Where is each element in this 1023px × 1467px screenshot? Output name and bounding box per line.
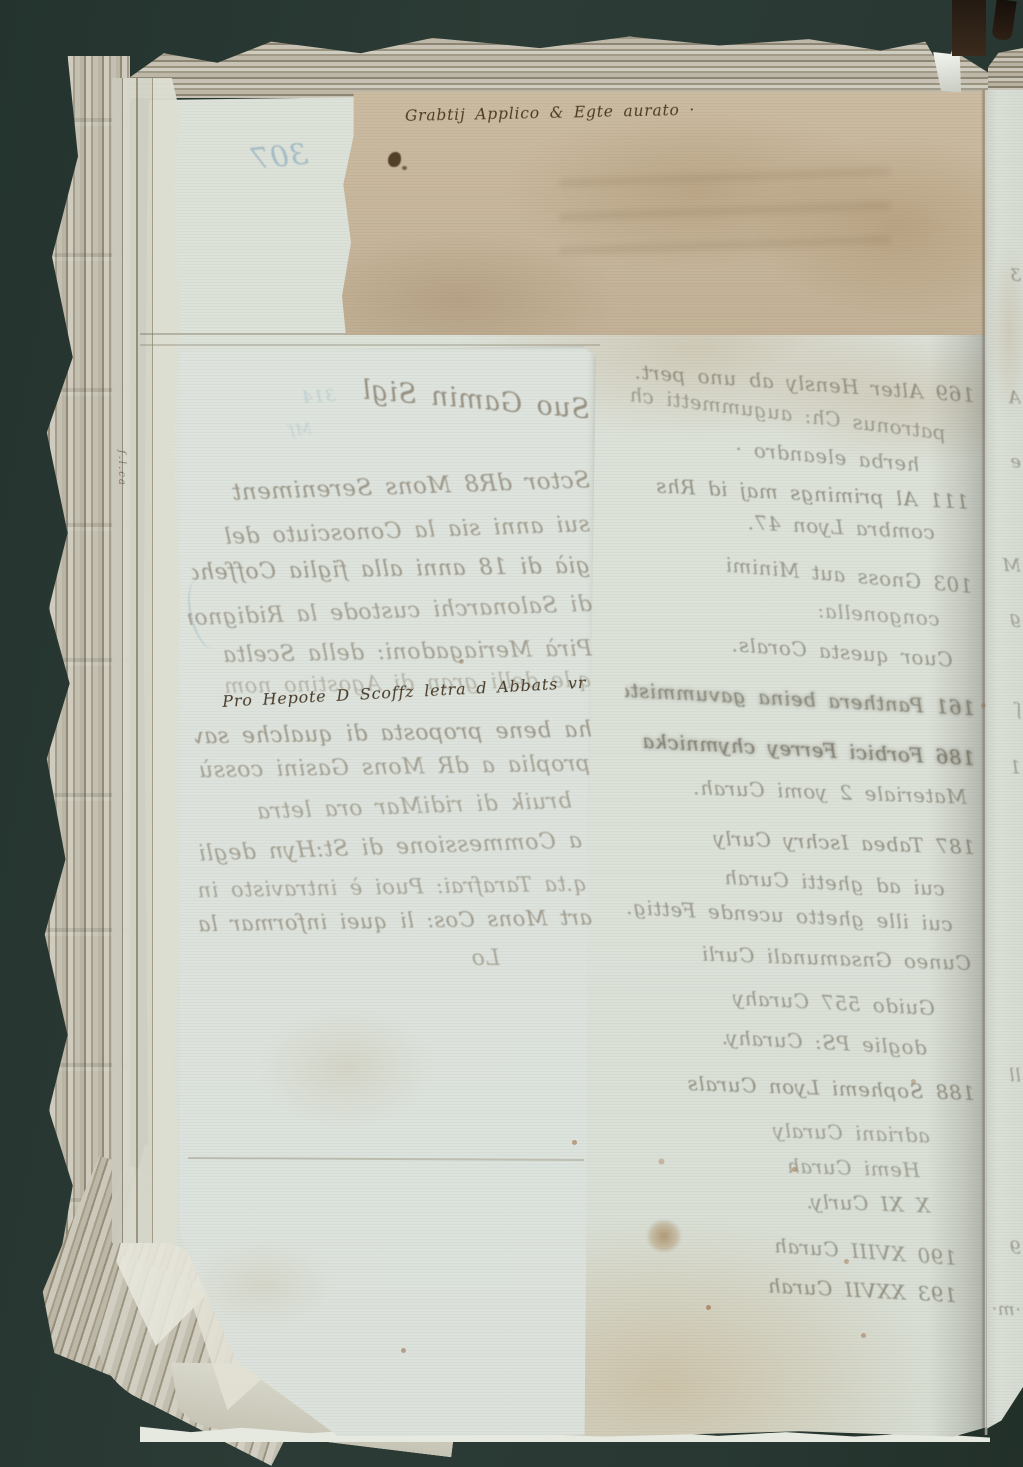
bleedthrough-line: Lo	[400, 947, 500, 971]
bleedthrough-line: ·m·	[989, 1299, 1022, 1320]
manuscript-photo: Grabtij Applico & Egte aurato · 307 314 …	[0, 0, 1023, 1467]
gutter-seam	[981, 90, 988, 1435]
top-right-page-edges	[988, 48, 1023, 96]
bleedthrough-line: ʒ	[989, 261, 1022, 282]
binding-strap	[952, 0, 986, 56]
bleedthrough-line: ʃ	[989, 699, 1022, 720]
bleedthrough-line: g	[989, 607, 1022, 628]
bleedthrough-line: ll	[989, 1065, 1022, 1086]
top-page-edges	[92, 34, 988, 98]
edge-ink-mark: ſ.l.ca	[116, 450, 127, 487]
bleedthrough-line: 9	[989, 1237, 1022, 1258]
front-leaf-edges	[112, 78, 180, 1243]
binding-knob	[991, 0, 1016, 41]
ink-blot	[402, 166, 407, 170]
bleedthrough-line: M	[989, 555, 1022, 576]
sheet-edge-line	[140, 344, 600, 346]
foxing-speckles	[130, 92, 133, 95]
folio-number-blue: 307	[236, 136, 309, 177]
bleedthrough-line: e	[989, 451, 1022, 472]
bleedthrough-line: 1	[989, 757, 1022, 778]
slip-ghost-writing	[560, 165, 890, 255]
bleedthrough-line: A	[989, 387, 1022, 408]
